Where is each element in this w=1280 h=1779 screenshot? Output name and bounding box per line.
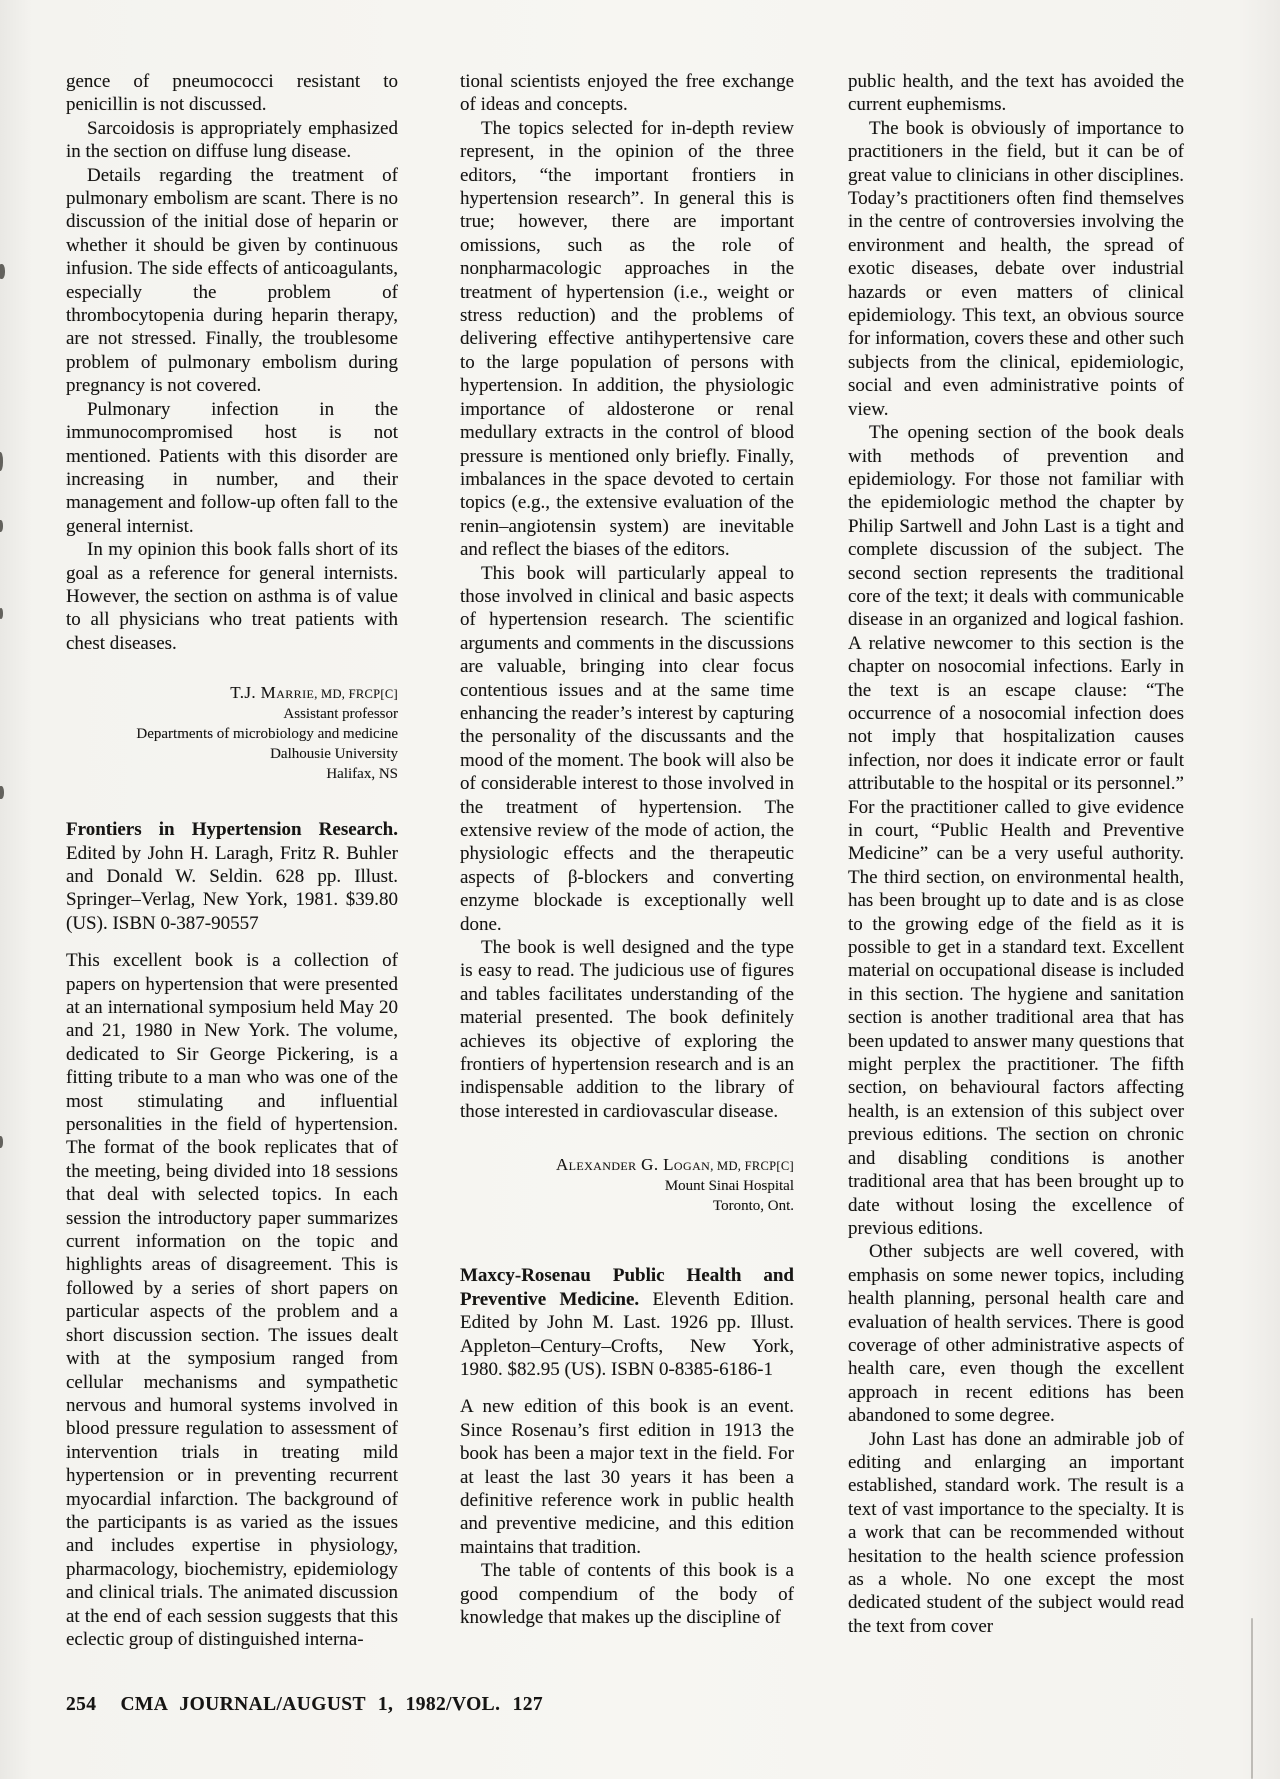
reviewer-role: Assistant professor (66, 704, 398, 724)
paragraph: The opening section of the book deals wi… (848, 421, 1184, 1240)
reviewer-city: Toronto, Ont. (460, 1196, 794, 1216)
paragraph: John Last has done an admirable job of e… (848, 1428, 1184, 1639)
reviewer-city: Halifax, NS (66, 764, 398, 784)
paragraph: Sarcoidosis is appropriately emphasized … (66, 117, 398, 164)
page-number: 254 (66, 1694, 96, 1715)
scan-artifact (0, 452, 3, 471)
reviewer-institution: Mount Sinai Hospital (460, 1176, 794, 1196)
scan-artifact (0, 520, 3, 532)
paragraph: The book is obviously of importance to p… (848, 117, 1184, 421)
paragraph: Details regarding the treatment of pulmo… (66, 164, 398, 398)
reviewer-degrees: , MD, FRCP[C] (314, 687, 398, 701)
column-left: gence of pneumococci resistant to penici… (66, 70, 398, 1651)
page-footer: 254CMA JOURNAL/AUGUST 1, 1982/VOL. 127 (66, 1694, 543, 1716)
paragraph: The book is well designed and the type i… (460, 936, 794, 1123)
paragraph: A new edition of this book is an event. … (460, 1395, 794, 1559)
book-citation-details: Edited by John H. Laragh, Fritz R. Buhle… (66, 843, 398, 934)
paragraph-continuation: public health, and the text has avoided … (848, 70, 1184, 117)
scan-crease (1251, 1618, 1253, 1779)
book-title: Frontiers in Hypertension Research. (66, 819, 398, 840)
scan-artifact (0, 1136, 3, 1148)
reviewer-name: T.J. Marrie (230, 683, 314, 702)
paragraph-continuation: gence of pneumococci resistant to penici… (66, 70, 398, 117)
reviewer-name-line: Alexander G. Logan, MD, FRCP[C] (460, 1155, 794, 1176)
reviewer-department: Departments of microbiology and medicine (66, 724, 398, 744)
paragraph: This excellent book is a collection of p… (66, 949, 398, 1651)
paragraph: In my opinion this book falls short of i… (66, 538, 398, 655)
reviewer-signature: T.J. Marrie, MD, FRCP[C] Assistant profe… (66, 683, 398, 784)
paragraph-continuation: tional scientists enjoyed the free excha… (460, 70, 794, 117)
book-citation: Maxcy-Rosenau Public Health and Preventi… (460, 1264, 794, 1381)
book-citation: Frontiers in Hypertension Research. Edit… (66, 818, 398, 935)
paragraph: The topics selected for in-depth review … (460, 117, 794, 562)
reviewer-signature: Alexander G. Logan, MD, FRCP[C] Mount Si… (460, 1155, 794, 1216)
paragraph: Pulmonary infection in the immunocomprom… (66, 398, 398, 538)
reviewer-name-line: T.J. Marrie, MD, FRCP[C] (66, 683, 398, 704)
scan-artifact (0, 264, 5, 279)
column-middle: tional scientists enjoyed the free excha… (460, 70, 794, 1629)
scan-artifact (0, 608, 3, 619)
scan-artifact (0, 786, 4, 799)
journal-page: gence of pneumococci resistant to penici… (0, 0, 1280, 1779)
paragraph: This book will particularly appeal to th… (460, 562, 794, 937)
reviewer-degrees: , MD, FRCP[C] (710, 1159, 794, 1173)
column-right: public health, and the text has avoided … (848, 70, 1184, 1638)
reviewer-institution: Dalhousie University (66, 744, 398, 764)
reviewer-name: Alexander G. Logan (556, 1155, 710, 1174)
journal-citation: CMA JOURNAL/AUGUST 1, 1982/VOL. 127 (120, 1694, 543, 1715)
paragraph: The table of contents of this book is a … (460, 1559, 794, 1629)
paragraph: Other subjects are well covered, with em… (848, 1240, 1184, 1427)
